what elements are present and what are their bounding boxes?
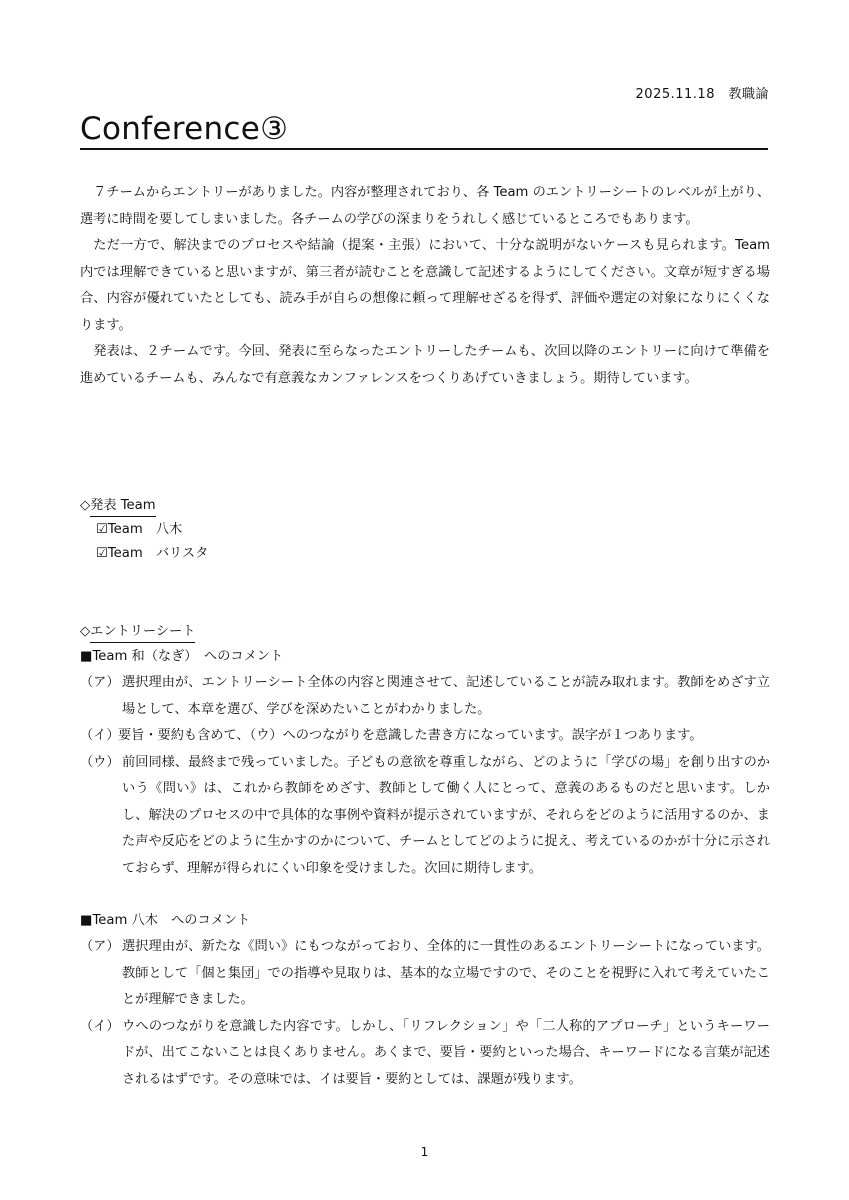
comment-label: （ア） — [80, 670, 122, 723]
comment-item: （ウ） 前回同様、最終まで残っていました。子どもの意欲を尊重しながら、どのように… — [80, 750, 770, 883]
team-comment-heading: ■Team 和（なぎ） へのコメント — [80, 644, 770, 670]
intro-paragraph: ７チームからエントリーがありました。内容が整理されており、各 Team のエント… — [80, 180, 770, 233]
comment-text: 要旨・要約も含めて、（ウ）へのつながりを意識した書き方になっています。誤字が１つ… — [118, 723, 770, 750]
comment-item: （イ） ウへのつながりを意識した内容です。しかし、「リフレクション」や「二人称的… — [80, 1014, 770, 1094]
title-block: Conference③ — [80, 110, 768, 150]
comment-label: （イ） — [80, 723, 118, 750]
comment-item: （イ） 要旨・要約も含めて、（ウ）へのつながりを意識した書き方になっています。誤… — [80, 723, 770, 750]
section-heading-label: 発表 Team — [90, 496, 155, 517]
page-title: Conference③ — [80, 110, 768, 148]
comment-text: 選択理由が、エントリーシート全体の内容と関連させて、記述していることが読み取れま… — [122, 670, 770, 723]
team-name: Team 八木 — [108, 522, 182, 537]
team-name: Team バリスタ — [108, 546, 209, 561]
team-heading-label: Team 和（なぎ） へのコメント — [92, 649, 283, 664]
checkbox-checked-icon: ☑ — [96, 522, 108, 537]
presented-team-item: ☑Team バリスタ — [80, 542, 770, 566]
comment-text: 選択理由が、新たな《問い》にもつながっており、全体的に一貫性のあるエントリーシー… — [122, 934, 770, 1014]
page-number: 1 — [0, 1145, 849, 1159]
team-heading-label: Team 八木 へのコメント — [92, 913, 250, 928]
comment-text: ウへのつながりを意識した内容です。しかし、「リフレクション」や「二人称的アプロー… — [122, 1014, 770, 1094]
square-bullet-icon: ■ — [80, 649, 92, 664]
document-date-line: 2025.11.18 教職論 — [636, 83, 769, 102]
comment-label: （ウ） — [80, 750, 122, 883]
diamond-icon: ◇ — [80, 620, 90, 644]
document-date: 2025.11.18 — [636, 87, 715, 102]
intro-paragraph: 発表は、２チームです。今回、発表に至らなったエントリーしたチームも、次回以降のエ… — [80, 339, 770, 392]
entry-sheet-section: ◇エントリーシート ■Team 和（なぎ） へのコメント （ア） 選択理由が、エ… — [80, 620, 770, 1093]
team-comment-heading: ■Team 八木 へのコメント — [80, 908, 770, 934]
diamond-icon: ◇ — [80, 494, 90, 518]
square-bullet-icon: ■ — [80, 913, 92, 928]
section-heading: ◇発表 Team — [80, 494, 770, 518]
comment-label: （イ） — [80, 1014, 122, 1094]
intro-paragraph: ただ一方で、解決までのプロセスや結論（提案・主張）において、十分な説明がないケー… — [80, 233, 770, 339]
comment-label: （ア） — [80, 934, 122, 1014]
section-heading: ◇エントリーシート — [80, 620, 770, 644]
course-name: 教職論 — [728, 87, 769, 102]
presented-team-item: ☑Team 八木 — [80, 518, 770, 542]
section-heading-label: エントリーシート — [90, 622, 195, 643]
checkbox-checked-icon: ☑ — [96, 546, 108, 561]
presentation-team-section: ◇発表 Team ☑Team 八木 ☑Team バリスタ — [80, 494, 770, 566]
comment-item: （ア） 選択理由が、エントリーシート全体の内容と関連させて、記述していることが読… — [80, 670, 770, 723]
intro-section: ７チームからエントリーがありました。内容が整理されており、各 Team のエント… — [80, 180, 770, 392]
comment-text: 前回同様、最終まで残っていました。子どもの意欲を尊重しながら、どのように「学びの… — [122, 750, 770, 883]
comment-item: （ア） 選択理由が、新たな《問い》にもつながっており、全体的に一貫性のあるエント… — [80, 934, 770, 1014]
